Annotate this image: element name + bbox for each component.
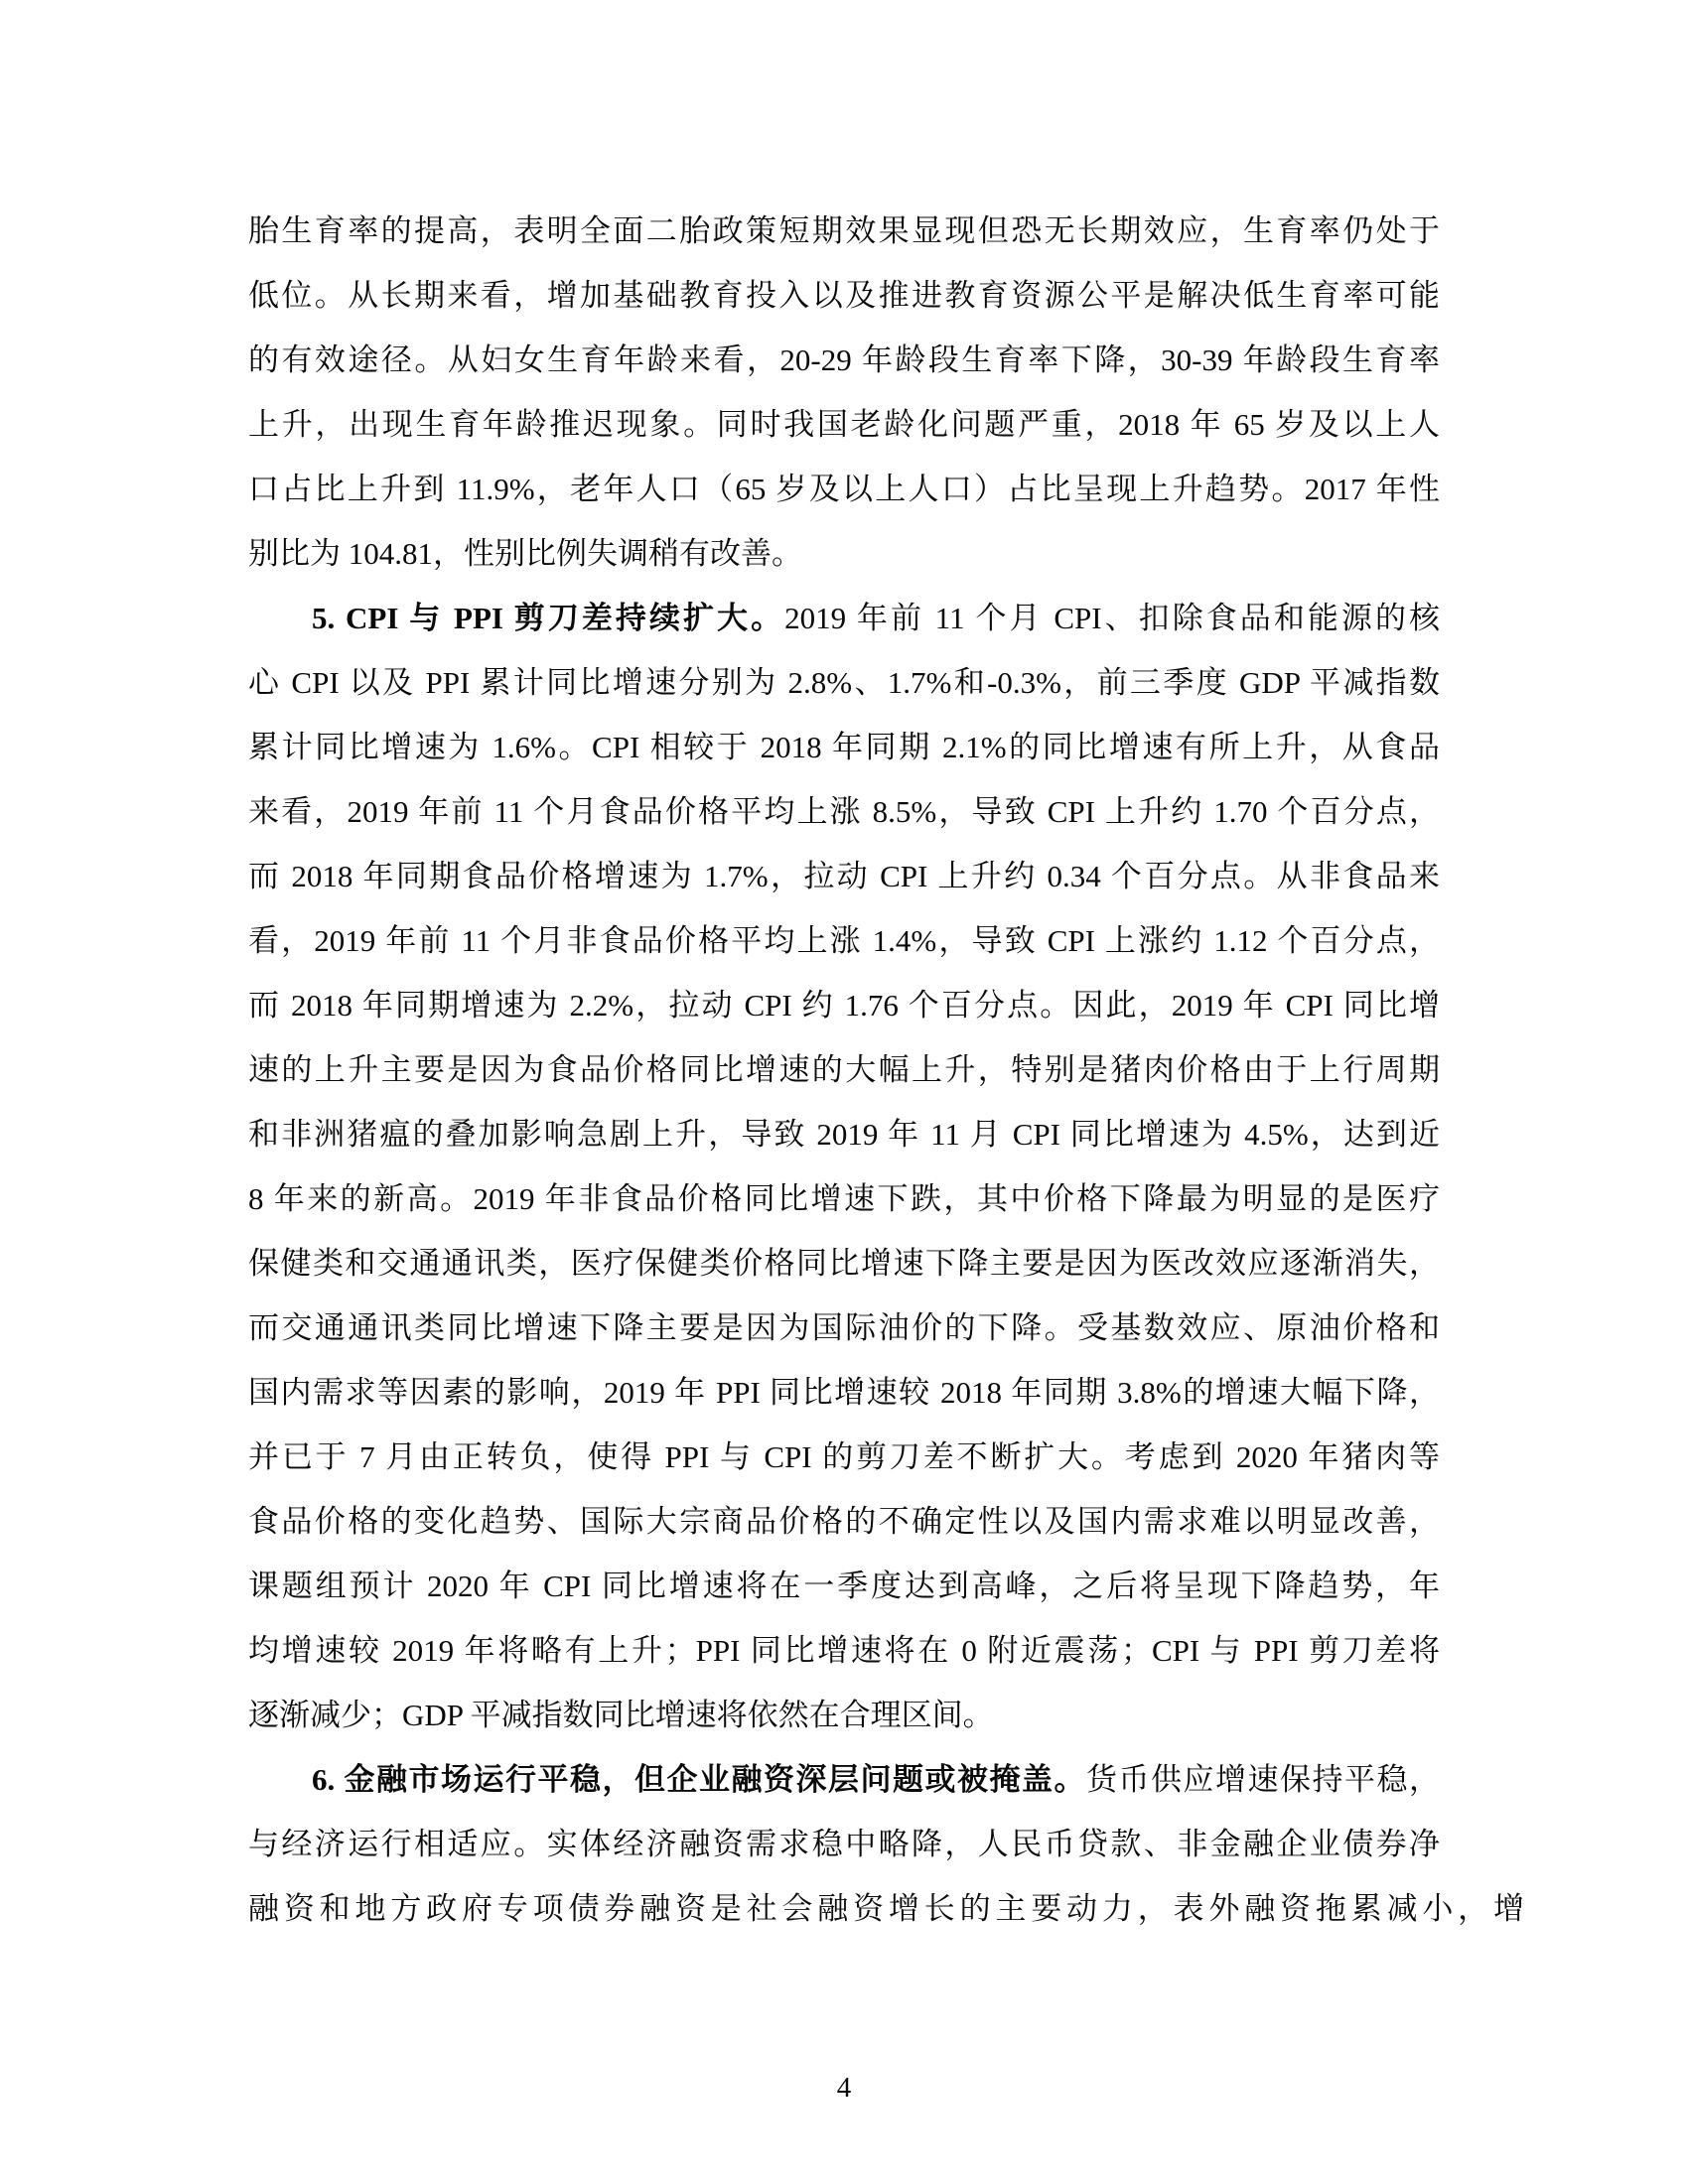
text-run: 8 年来的新高。2019 年非食品价格同比增速下跌，其中价格下降最为明显的是医疗 [248,1181,1440,1216]
text-line: 逐渐减少；GDP 平减指数同比增速将依然在合理区间。 [248,1683,1440,1747]
text-run: 来看，2019 年前 11 个月食品价格平均上涨 8.5%，导致 CPI 上升约… [248,794,1440,829]
text-run: 低位。从长期来看，增加基础教育投入以及推进教育资源公平是解决低生育率可能 [248,278,1440,313]
text-run: 逐渐减少；GDP 平减指数同比增速将依然在合理区间。 [248,1698,994,1732]
text-run: 上升，出现生育年龄推迟现象。同时我国老龄化问题严重，2018 年 65 岁及以上… [248,407,1440,442]
text-line: 来看，2019 年前 11 个月食品价格平均上涨 8.5%，导致 CPI 上升约… [248,779,1440,844]
text-line: 上升，出现生育年龄推迟现象。同时我国老龄化问题严重，2018 年 65 岁及以上… [248,392,1440,457]
text-line: 看，2019 年前 11 个月非食品价格平均上涨 1.4%，导致 CPI 上涨约… [248,908,1440,973]
bold-text-run: 6. 金融市场运行平稳，但企业融资深层问题或被掩盖。 [312,1762,1086,1797]
text-line: 的有效途径。从妇女生育年龄来看，20-29 年龄段生育率下降，30-39 年龄段… [248,328,1440,392]
text-run: 食品价格的变化趋势、国际大宗商品价格的不确定性以及国内需求难以明显改善， [248,1504,1440,1539]
text-line: 而 2018 年同期食品价格增速为 1.7%，拉动 CPI 上升约 0.34 个… [248,844,1440,908]
text-line: 融资和地方政府专项债券融资是社会融资增长的主要动力，表外融资拖累减小，增 [248,1876,1524,1941]
text-run: 融资和地方政府专项债券融资是社会融资增长的主要动力，表外融资拖累减小，增 [248,1891,1524,1926]
text-line: 速的上升主要是因为食品价格同比增速的大幅上升，特别是猪肉价格由于上行周期 [248,1037,1440,1102]
text-line: 别比为 104.81，性别比例失调稍有改善。 [248,521,1440,586]
text-line: 而 2018 年同期增速为 2.2%，拉动 CPI 约 1.76 个百分点。因此… [248,973,1440,1037]
text-line: 课题组预计 2020 年 CPI 同比增速将在一季度达到高峰，之后将呈现下降趋势… [248,1554,1440,1618]
text-run: 口占比上升到 11.9%，老年人口（65 岁及以上人口）占比呈现上升趋势。201… [248,472,1440,506]
text-run: 并已于 7 月由正转负，使得 PPI 与 CPI 的剪刀差不断扩大。考虑到 20… [248,1439,1440,1474]
text-run: 胎生育率的提高，表明全面二胎政策短期效果显现但恐无长期效应，生育率仍处于 [248,213,1440,248]
text-run: 看，2019 年前 11 个月非食品价格平均上涨 1.4%，导致 CPI 上涨约… [248,923,1440,958]
text-line: 口占比上升到 11.9%，老年人口（65 岁及以上人口）占比呈现上升趋势。201… [248,457,1440,521]
text-line: 心 CPI 以及 PPI 累计同比增速分别为 2.8%、1.7%和-0.3%，前… [248,650,1440,715]
text-run: 累计同比增速为 1.6%。CPI 相较于 2018 年同期 2.1%的同比增速有… [248,730,1440,764]
text-line: 与经济运行相适应。实体经济融资需求稳中略降，人民币贷款、非金融企业债券净 [248,1812,1440,1876]
text-run: 课题组预计 2020 年 CPI 同比增速将在一季度达到高峰，之后将呈现下降趋势… [248,1569,1440,1603]
text-run: 货币供应增速保持平稳， [1086,1762,1440,1797]
text-run: 均增速较 2019 年将略有上升；PPI 同比增速将在 0 附近震荡；CPI 与… [248,1633,1440,1668]
text-run: 而交通通讯类同比增速下降主要是因为国际油价的下降。受基数效应、原油价格和 [248,1310,1440,1345]
text-line: 6. 金融市场运行平稳，但企业融资深层问题或被掩盖。货币供应增速保持平稳， [248,1747,1440,1812]
text-line: 胎生育率的提高，表明全面二胎政策短期效果显现但恐无长期效应，生育率仍处于 [248,199,1440,263]
text-run: 而 2018 年同期食品价格增速为 1.7%，拉动 CPI 上升约 0.34 个… [248,859,1440,893]
bold-text-run: 5. CPI 与 PPI 剪刀差持续扩大。 [312,601,784,635]
text-line: 5. CPI 与 PPI 剪刀差持续扩大。2019 年前 11 个月 CPI、扣… [248,586,1440,650]
text-line: 并已于 7 月由正转负，使得 PPI 与 CPI 的剪刀差不断扩大。考虑到 20… [248,1425,1440,1489]
text-run: 国内需求等因素的影响，2019 年 PPI 同比增速较 2018 年同期 3.8… [248,1375,1440,1410]
text-run: 心 CPI 以及 PPI 累计同比增速分别为 2.8%、1.7%和-0.3%，前… [248,665,1440,700]
text-line: 8 年来的新高。2019 年非食品价格同比增速下跌，其中价格下降最为明显的是医疗 [248,1166,1440,1231]
text-line: 保健类和交通通讯类，医疗保健类价格同比增速下降主要是因为医改效应逐渐消失， [248,1231,1440,1296]
text-run: 而 2018 年同期增速为 2.2%，拉动 CPI 约 1.76 个百分点。因此… [248,988,1440,1023]
text-run: 保健类和交通通讯类，医疗保健类价格同比增速下降主要是因为医改效应逐渐消失， [248,1246,1440,1281]
text-line: 累计同比增速为 1.6%。CPI 相较于 2018 年同期 2.1%的同比增速有… [248,715,1440,779]
text-run: 和非洲猪瘟的叠加影响急剧上升，导致 2019 年 11 月 CPI 同比增速为 … [248,1117,1440,1152]
text-run: 的有效途径。从妇女生育年龄来看，20-29 年龄段生育率下降，30-39 年龄段… [248,342,1440,377]
document-body: 胎生育率的提高，表明全面二胎政策短期效果显现但恐无长期效应，生育率仍处于低位。从… [248,199,1440,1941]
page-number: 4 [0,2071,1688,2105]
text-line: 低位。从长期来看，增加基础教育投入以及推进教育资源公平是解决低生育率可能 [248,263,1440,328]
document-page: 胎生育率的提高，表明全面二胎政策短期效果显现但恐无长期效应，生育率仍处于低位。从… [0,0,1688,2184]
text-line: 而交通通讯类同比增速下降主要是因为国际油价的下降。受基数效应、原油价格和 [248,1296,1440,1360]
text-run: 别比为 104.81，性别比例失调稍有改善。 [248,536,802,571]
text-run: 速的上升主要是因为食品价格同比增速的大幅上升，特别是猪肉价格由于上行周期 [248,1052,1440,1087]
text-line: 国内需求等因素的影响，2019 年 PPI 同比增速较 2018 年同期 3.8… [248,1360,1440,1425]
text-run: 2019 年前 11 个月 CPI、扣除食品和能源的核 [784,601,1440,635]
text-line: 和非洲猪瘟的叠加影响急剧上升，导致 2019 年 11 月 CPI 同比增速为 … [248,1102,1440,1166]
text-run: 与经济运行相适应。实体经济融资需求稳中略降，人民币贷款、非金融企业债券净 [248,1827,1440,1861]
text-line: 食品价格的变化趋势、国际大宗商品价格的不确定性以及国内需求难以明显改善， [248,1489,1440,1554]
text-line: 均增速较 2019 年将略有上升；PPI 同比增速将在 0 附近震荡；CPI 与… [248,1618,1440,1683]
